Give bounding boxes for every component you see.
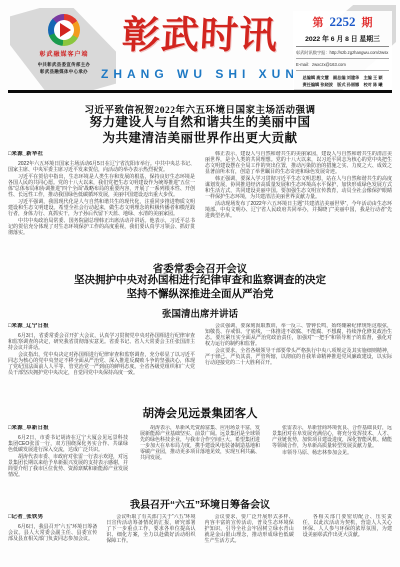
body-paragraph: 会议强调，要深刻汲取教训，举一反三、警钟长鸣，始终绷紧纪律规矩这根弦，知敬畏、存… xyxy=(205,323,392,347)
story1-column-1: □来源_新华社 2022年六五环境日国家主场活动6月5日在辽宁省沈阳市举行。中共… xyxy=(8,151,195,256)
media-logo: 彰武融媒客户端 中共彰武县委宣传部主办 彰武县融媒体中心承办 xyxy=(28,14,100,75)
masthead-title-pinyin: ZHANG WU SHI XUN xyxy=(101,67,299,81)
body-paragraph: 2022年六五环境日国家主场活动6月5日在辽宁省沈阳市举行。中共中央总书记、国家… xyxy=(8,161,195,173)
issue-prefix: 第 xyxy=(313,17,324,29)
story4-column-2-text: 会议听取了有关部门关于“六五”环境日宣传活动筹备情况的汇报，研究部署了下一步重点… xyxy=(106,514,195,544)
media-logo-icon xyxy=(48,14,80,46)
publication-date: 2022 年 6 月 8 日 星期三 xyxy=(296,31,389,47)
body-paragraph: 6月6日，我县召开“六五”环境日筹备会议。县人大常委会副主任、县委宣传部及县直相… xyxy=(8,524,97,542)
story1-column-2-text: 韩正表示，建设人与自然和谐共生的美丽家园，建设人与自然和谐共生的清洁美丽世界，是… xyxy=(205,151,392,219)
issue-number: 2252 xyxy=(328,14,358,29)
story4-body: □记者_张铁男 6月6日，我县召开“六五”环境日筹备会议。县人大常委会副主任、县… xyxy=(8,514,392,561)
story3-column-1: □来源_阜新日报 6月2日，市委书记胡涛在辽宁大厦会见远景科技集团CEO张雷一行… xyxy=(8,425,128,505)
story2-speaker-line: 张国清出席并讲话 xyxy=(8,306,392,320)
story4-headline: 我县召开“六五”环境日筹备会议 xyxy=(8,496,392,511)
body-paragraph: 习近平强调，我国现代化是人与自然和谐共生的现代化，注重同步推进物质文明建设和生态… xyxy=(8,199,195,217)
story3-headline: 胡涛会见远景集团客人 xyxy=(8,405,392,421)
body-paragraph: 会议要求，全省各级领导干部要带头严格执行中央八项规定及其实施细则精神，严于律己、… xyxy=(205,348,392,366)
body-paragraph: 中共中央政治局常委、国务院副总理韩正出席活动并讲话。他表示，习近平总书记的贺信充… xyxy=(8,218,195,236)
body-paragraph: 6月3日，省委常委会召开扩大会议，认真学习贯彻党中央对孙国相进行纪律审查和监察调… xyxy=(8,333,195,351)
story3-column-2-text: 胡涛表示，阜新风光资源富集、应用场景丰富，发展新能源产业基础坚实、前景广阔。远景… xyxy=(140,425,260,461)
body-paragraph: 韩正强调，要深入学习贯彻习近平生态文明思想，站在人与自然和谐共生的高度谋划发展，… xyxy=(205,176,392,200)
body-paragraph: 活动现场发布了2022年六五环境日主题“共建清洁美丽世界”，今年活动由生态环境部… xyxy=(205,201,392,219)
story3-column-2: 胡涛表示，阜新风光资源富集、应用场景丰富，发展新能源产业基础坚实、前景广阔。远景… xyxy=(140,425,260,505)
story4-column-4-text: 各相关部门要密切配合、压实责任，以此次活动为契机，营造人人关心环保、人人参与环保… xyxy=(303,514,392,538)
story2-body: □来源_辽宁日报 6月3日，省委常委会召开扩大会议，认真学习贯彻党中央对孙国相进… xyxy=(8,323,392,405)
body-paragraph: 胡涛代表市委、市政府对张雷一行表示欢迎，对远景集团长期以来给予阜新振兴发展的支持… xyxy=(8,454,128,478)
story2-headline: 坚决拥护中央对孙国相进行纪律审查和监察调查的决定 坚持不懈纵深推进全面从严治党 xyxy=(8,274,392,301)
body-paragraph: 胡涛表示，阜新风光资源富集、应用场景丰富，发展新能源产业基础坚实、前景广阔。远景… xyxy=(140,425,260,461)
story3-source-tag: □来源_阜新日报 xyxy=(8,425,128,431)
body-paragraph: 会议要求，要广泛开展形式多样、内容丰富的宣传活动，普及生态环境保护知识，引导全社… xyxy=(205,514,294,544)
story4-column-3-text: 会议要求，要广泛开展形式多样、内容丰富的宣传活动，普及生态环境保护知识，引导全社… xyxy=(205,514,294,544)
organizer-lines: 中共彰武县委宣传部主办 彰武县融媒体中心承办 xyxy=(28,62,100,75)
story1-column-1-text: 2022年六五环境日国家主场活动6月5日在辽宁省沈阳市举行。中共中央总书记、国家… xyxy=(8,161,195,236)
body-paragraph: 习近平在贺信中指出，生态环境是人类生存和发展的根基，保持良好生态环境是各国人民的… xyxy=(8,174,195,198)
staff-line-1: 总编辑 高文慧 副总编 刘建华 主编 王 颖 xyxy=(296,74,389,81)
body-paragraph: 张雷表示，阜新营商环境优良、合作基础良好，远景集团对在阜发展充满信心，将充分发挥… xyxy=(272,425,392,449)
masthead-title: 彰武时讯 xyxy=(121,16,279,58)
organizer-line-1: 中共彰武县委宣传部主办 xyxy=(28,62,100,69)
issue-number-line: 第 2252 期 xyxy=(296,13,389,31)
story2-column-2-text: 会议强调，要深刻汲取教训，举一反三、警钟长鸣，始终绷紧纪律规矩这根弦，知敬畏、存… xyxy=(205,323,392,366)
story4-column-3: 会议要求，要广泛开展形式多样、内容丰富的宣传活动，普及生态环境保护知识，引导全社… xyxy=(205,514,294,561)
story1-headline: 努力建设人与自然和谐共生的美丽中国 为共建清洁美丽世界作出更大贡献 xyxy=(8,114,392,146)
digital-edition-url: 彰武时讯数字报：http://szb.zgzhangwu.com/zwsx xyxy=(296,47,389,59)
body-paragraph: 会议听取了有关部门关于“六五”环境日宣传活动筹备情况的汇报，研究部署了下一步重点… xyxy=(106,514,195,544)
play-icon xyxy=(60,23,71,37)
story1-source-tag: □来源_新华社 xyxy=(8,151,195,157)
story3-body: □来源_阜新日报 6月2日，市委书记胡涛在辽宁大厦会见远景科技集团CEO张雷一行… xyxy=(8,425,392,505)
masthead-divider-rule xyxy=(8,90,392,93)
story1-body: □来源_新华社 2022年六五环境日国家主场活动6月5日在辽宁省沈阳市举行。中共… xyxy=(8,151,392,256)
story1-column-2: 韩正表示，建设人与自然和谐共生的美丽家园，建设人与自然和谐共生的清洁美丽世界，是… xyxy=(205,151,392,256)
story2-column-1-text: 6月3日，省委常委会召开扩大会议，认真学习贯彻党中央对孙国相进行纪律审查和监察调… xyxy=(8,333,195,376)
story4-column-2: 会议听取了有关部门关于“六五”环境日宣传活动筹备情况的汇报，研究部署了下一步重点… xyxy=(106,514,195,561)
newspaper-front-page: 彰武融媒客户端 中共彰武县委宣传部主办 彰武县融媒体中心承办 彰武时讯 ZHAN… xyxy=(0,0,400,567)
body-paragraph: 6月2日，市委书记胡涛在辽宁大厦会见远景科技集团CEO张雷一行，双方围绕深化务实… xyxy=(8,435,128,453)
story3-column-1-text: 6月2日，市委书记胡涛在辽宁大厦会见远景科技集团CEO张雷一行，双方围绕深化务实… xyxy=(8,435,128,478)
story3-column-3-text: 张雷表示，阜新营商环境优良、合作基础良好，远景集团对在阜发展充满信心，将充分发挥… xyxy=(272,425,392,456)
story4-column-4: 各相关部门要密切配合、压实责任，以此次活动为契机，营造人人关心环保、人人参与环保… xyxy=(303,514,392,561)
story1-headline-line1: 努力建设人与自然和谐共生的美丽中国 xyxy=(8,114,392,130)
issue-suffix: 期 xyxy=(362,17,373,29)
email-address: E-mail：zwxczx@163.com xyxy=(296,59,389,71)
body-paragraph: 市领导马原、杨忠林参加会见。 xyxy=(272,450,392,456)
story4-column-1: □记者_张铁男 6月6日，我县召开“六五”环境日筹备会议。县人大常委会副主任、县… xyxy=(8,514,97,561)
story3-column-3: 张雷表示，阜新营商环境优良、合作基础良好，远景集团对在阜发展充满信心，将充分发挥… xyxy=(272,425,392,505)
story4-column-1-text: 6月6日，我县召开“六五”环境日筹备会议。县人大常委会副主任、县委宣传部及县直相… xyxy=(8,524,97,542)
story2-source-tag: □来源_辽宁日报 xyxy=(8,323,195,329)
staff-credits: 总编辑 高文慧 副总编 刘建华 主编 王 颖 责任编辑 张晓波 版式 孙丽娜 校… xyxy=(296,71,389,88)
logo-caption: 彰武融媒客户端 xyxy=(28,49,100,58)
body-paragraph: 各相关部门要密切配合、压实责任，以此次活动为契机，营造人人关心环保、人人参与环保… xyxy=(303,514,392,538)
staff-line-2: 责任编辑 张晓波 版式 孙丽娜 校对 陈 曦 xyxy=(296,81,389,88)
issue-info-panel: 第 2252 期 2022 年 6 月 8 日 星期三 彰武时讯数字报：http… xyxy=(293,11,392,89)
story1-headline-line2: 为共建清洁美丽世界作出更大贡献 xyxy=(8,130,392,146)
body-paragraph: 韩正表示，建设人与自然和谐共生的美丽家园，建设人与自然和谐共生的清洁美丽世界，是… xyxy=(205,151,392,175)
story2-headline-line1: 坚决拥护中央对孙国相进行纪律审查和监察调查的决定 xyxy=(8,274,392,288)
story4-reporter-tag: □记者_张铁男 xyxy=(8,514,97,520)
story2-column-1: □来源_辽宁日报 6月3日，省委常委会召开扩大会议，认真学习贯彻党中央对孙国相进… xyxy=(8,323,195,405)
story2-headline-line2: 坚持不懈纵深推进全面从严治党 xyxy=(8,288,392,302)
body-paragraph: 会议指出，党中央决定对孙国相进行纪律审查和监察调查，充分彰显了以习近平同志为核心… xyxy=(8,352,195,376)
organizer-line-2: 彰武县融媒体中心承办 xyxy=(28,69,100,76)
story2-column-2: 会议强调，要深刻汲取教训，举一反三、警钟长鸣，始终绷紧纪律规矩这根弦，知敬畏、存… xyxy=(205,323,392,405)
